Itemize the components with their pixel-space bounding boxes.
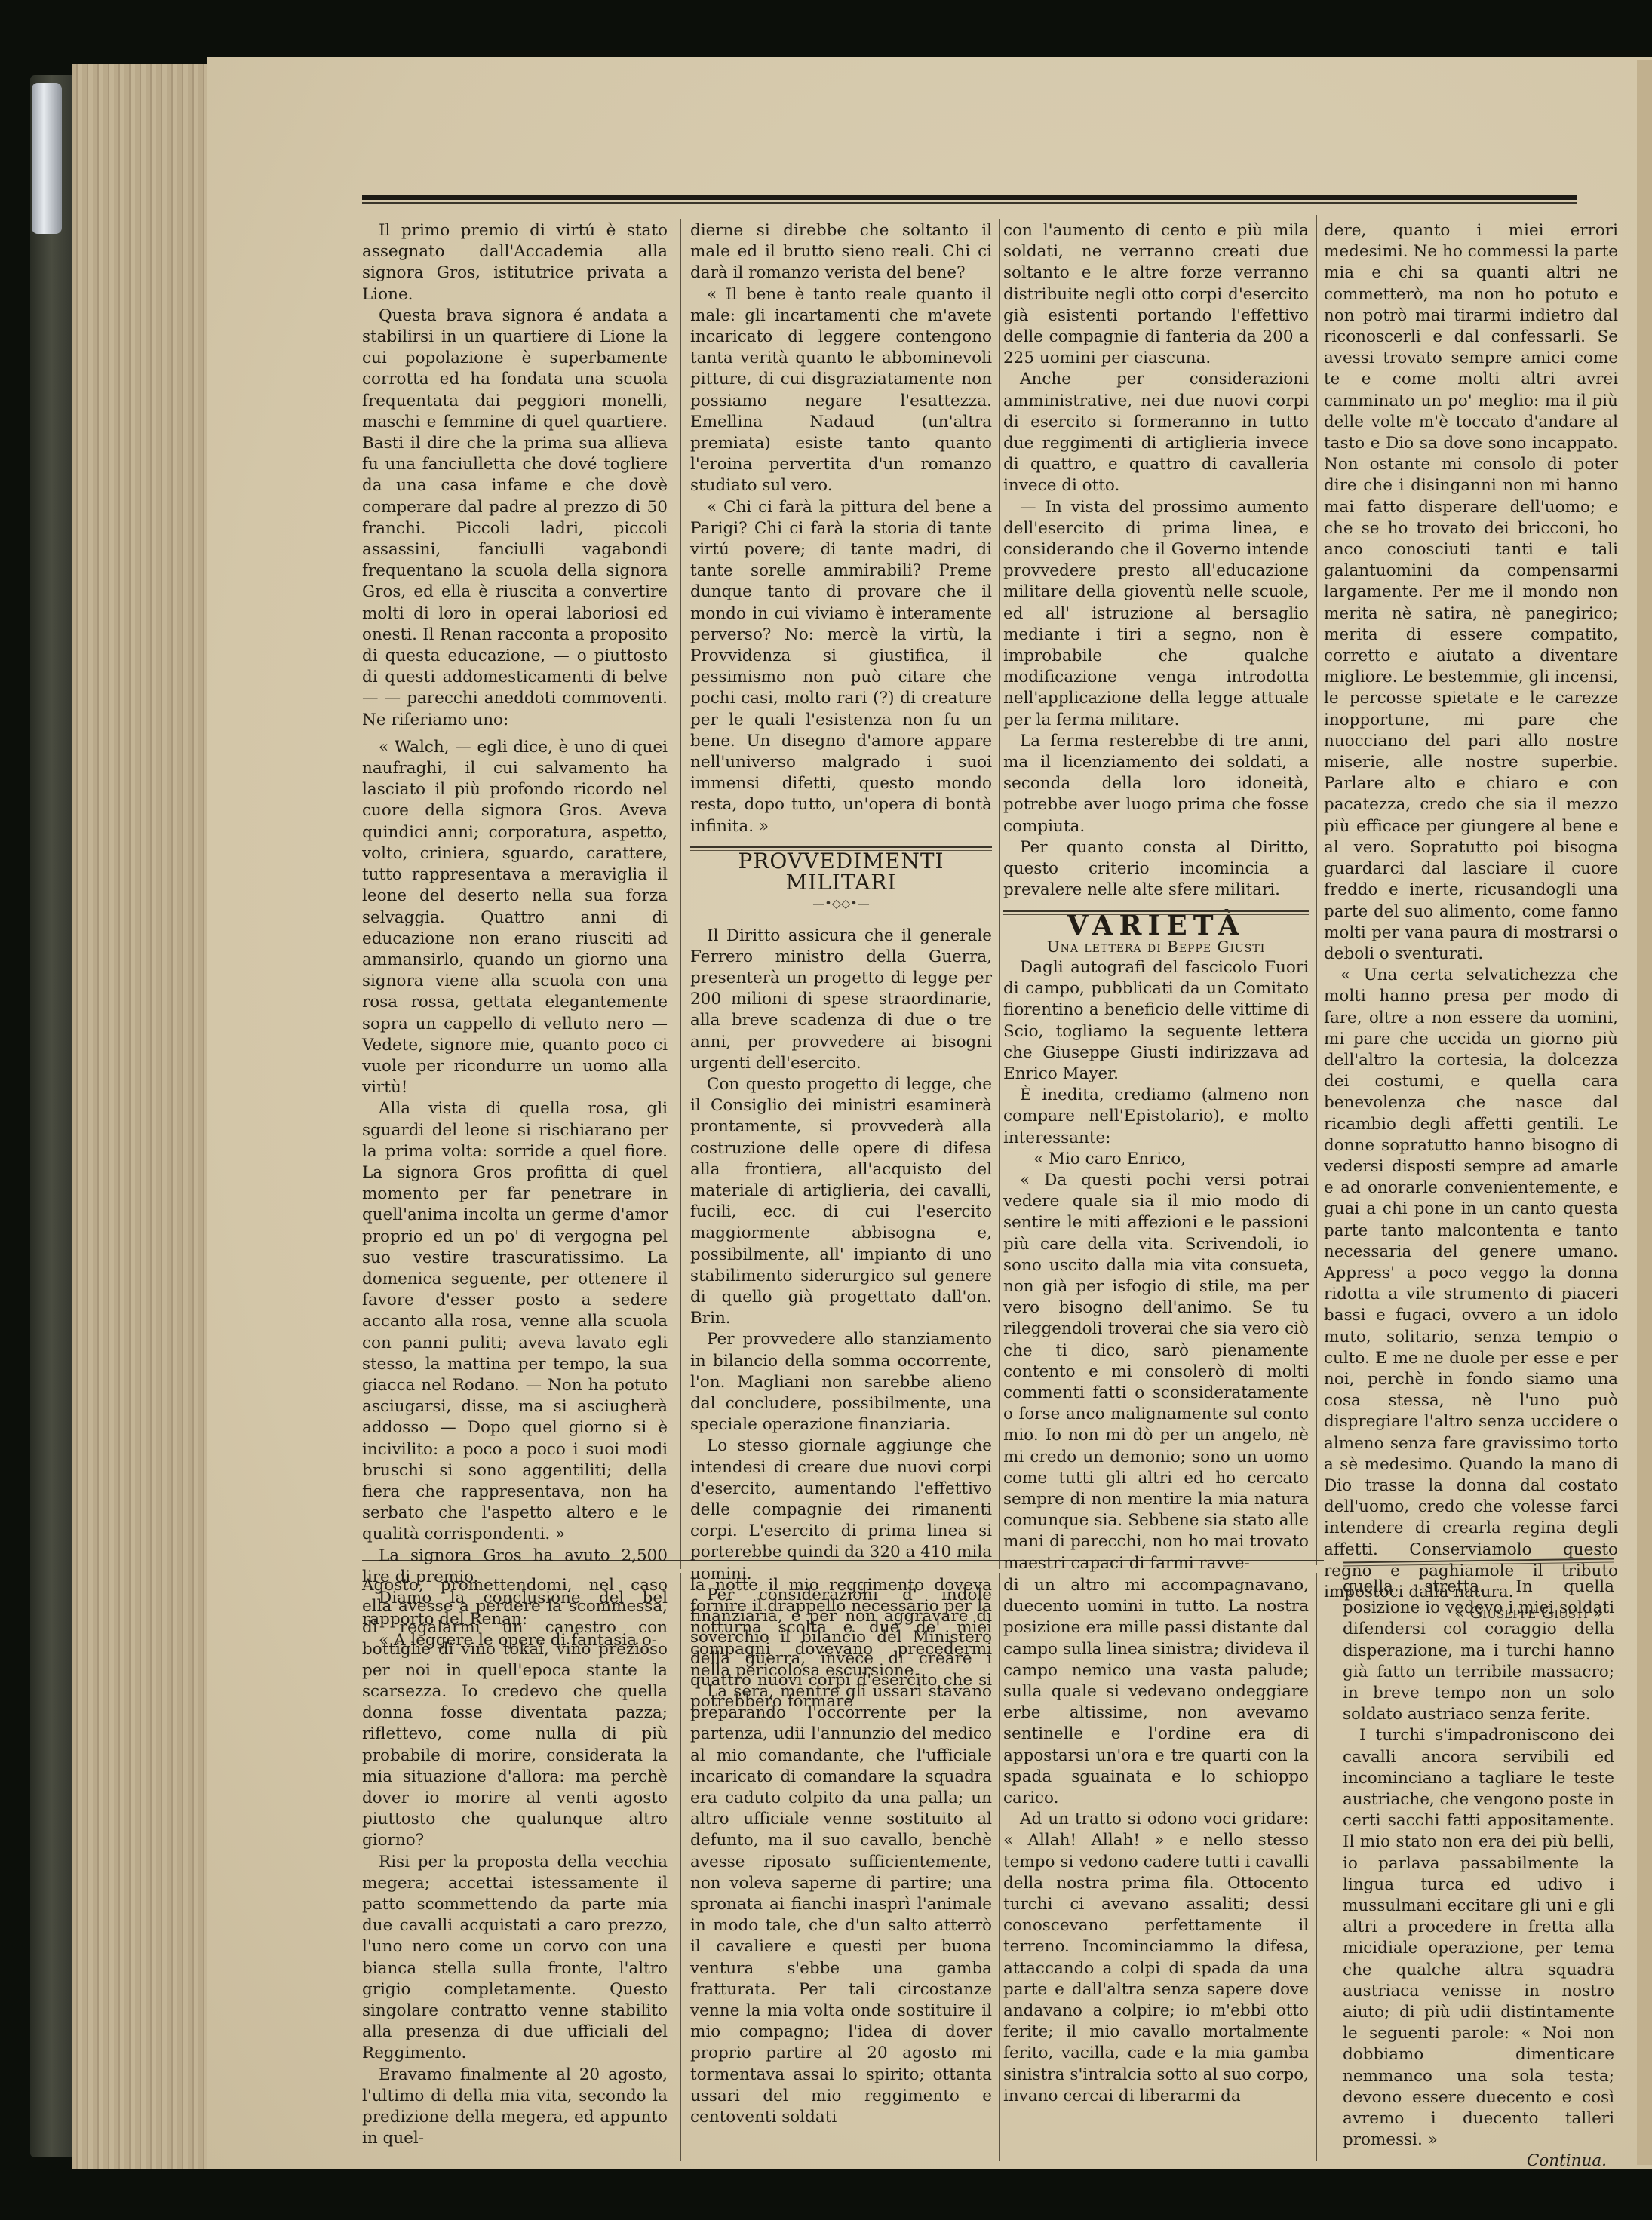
paragraph: la notte il mio reggimento doveva fornir… xyxy=(690,1575,992,1681)
section-subheading: Una lettera di Beppe Giusti xyxy=(1003,936,1309,957)
paragraph: Dagli autografi del fascicolo Fuori di c… xyxy=(1003,957,1309,1085)
paragraph: Per quanto consta al Diritto, questo cri… xyxy=(1003,837,1309,901)
column-1: Il primo premio di virtú è stato assegna… xyxy=(362,220,668,1652)
paragraph: Agosto, promettendomi, nel caso ella ave… xyxy=(362,1575,668,1852)
paragraph: Il Diritto assicura che il generale Ferr… xyxy=(690,926,992,1074)
paragraph: dierne si direbbe che soltanto il male e… xyxy=(690,220,992,284)
paragraph: « Una certa selvatichezza che molti hann… xyxy=(1324,965,1618,1603)
column-2-bottom: la notte il mio reggimento doveva fornir… xyxy=(690,1575,992,2128)
column-divider xyxy=(680,219,681,1569)
facing-page-edge xyxy=(1637,60,1652,2165)
paragraph: Eravamo finalmente al 20 agosto, l'ultim… xyxy=(362,2065,668,2150)
column-divider xyxy=(999,1573,1000,2161)
paragraph: Questa brava signora é andata a stabilir… xyxy=(362,306,668,731)
paragraph: quella stretta. In quella posizione io v… xyxy=(1343,1577,1614,1725)
metal-clip xyxy=(32,83,62,234)
paragraph: Risi per la proposta della vecchia meger… xyxy=(362,1852,668,2065)
column-3: con l'aumento di cento e più mila soldat… xyxy=(1003,220,1309,1574)
section-heading: VARIETÀ xyxy=(1003,915,1309,936)
column-2: dierne si direbbe che soltanto il male e… xyxy=(690,220,992,1712)
paragraph: Il primo premio di virtú è stato assegna… xyxy=(362,220,668,306)
column-divider xyxy=(680,1573,681,2161)
column-1-bottom: Agosto, promettendomi, nel caso ella ave… xyxy=(362,1575,668,2149)
column-3-bottom: di un altro mi accompagnavano, duecento … xyxy=(1003,1575,1309,2107)
section-rule xyxy=(690,846,992,851)
paragraph: I turchi s'impadroniscono dei cavalli an… xyxy=(1343,1725,1614,2151)
section-rule xyxy=(1003,910,1309,915)
column-divider xyxy=(1316,215,1317,1565)
paragraph: « Mio caro Enrico, xyxy=(1003,1149,1309,1170)
paragraph: dere, quanto i miei errori medesimi. Ne … xyxy=(1324,220,1618,965)
paragraph: Anche per considerazioni amministrative,… xyxy=(1003,369,1309,496)
paragraph: È inedita, crediamo (almeno non compare … xyxy=(1003,1085,1309,1149)
paragraph: — In vista del prossimo aumento dell'ese… xyxy=(1003,497,1309,731)
ornament-divider: —•◇◇•— xyxy=(690,893,992,914)
paragraph: Ad un tratto si odono voci gridare: « Al… xyxy=(1003,1809,1309,2107)
paragraph: Per provvedere allo stanziamento in bila… xyxy=(690,1329,992,1435)
header-rule xyxy=(362,195,1577,204)
paragraph: « Da questi pochi versi potrai vedere qu… xyxy=(1003,1170,1309,1574)
paragraph: di un altro mi accompagnavano, duecento … xyxy=(1003,1575,1309,1809)
paragraph: Lo stesso giornale aggiunge che intendes… xyxy=(690,1435,992,1584)
paragraph: La sera, mentre gli ussari stavano prepa… xyxy=(690,1681,992,2128)
paragraph: Con questo progetto di legge, che il Con… xyxy=(690,1074,992,1329)
paragraph: « Walch, — egli dice, è uno di quei nauf… xyxy=(362,737,668,1098)
paragraph: « Il bene è tanto reale quanto il male: … xyxy=(690,284,992,497)
column-4: dere, quanto i miei errori medesimi. Ne … xyxy=(1324,220,1618,1624)
page-edges xyxy=(72,64,223,2169)
section-heading: PROVVEDIMENTI MILITARI xyxy=(690,851,992,893)
paragraph: La ferma resterebbe di tre anni, ma il l… xyxy=(1003,731,1309,837)
continued-label: Continua. xyxy=(1343,2151,1614,2172)
column-4-bottom: quella stretta. In quella posizione io v… xyxy=(1343,1577,1614,2172)
paragraph: Alla vista di quella rosa, gli sguardi d… xyxy=(362,1098,668,1545)
column-divider xyxy=(999,219,1000,1569)
paragraph: « Chi ci farà la pittura del bene a Pari… xyxy=(690,497,992,837)
column-divider xyxy=(1316,1573,1317,2161)
paragraph: con l'aumento di cento e più mila soldat… xyxy=(1003,220,1309,369)
